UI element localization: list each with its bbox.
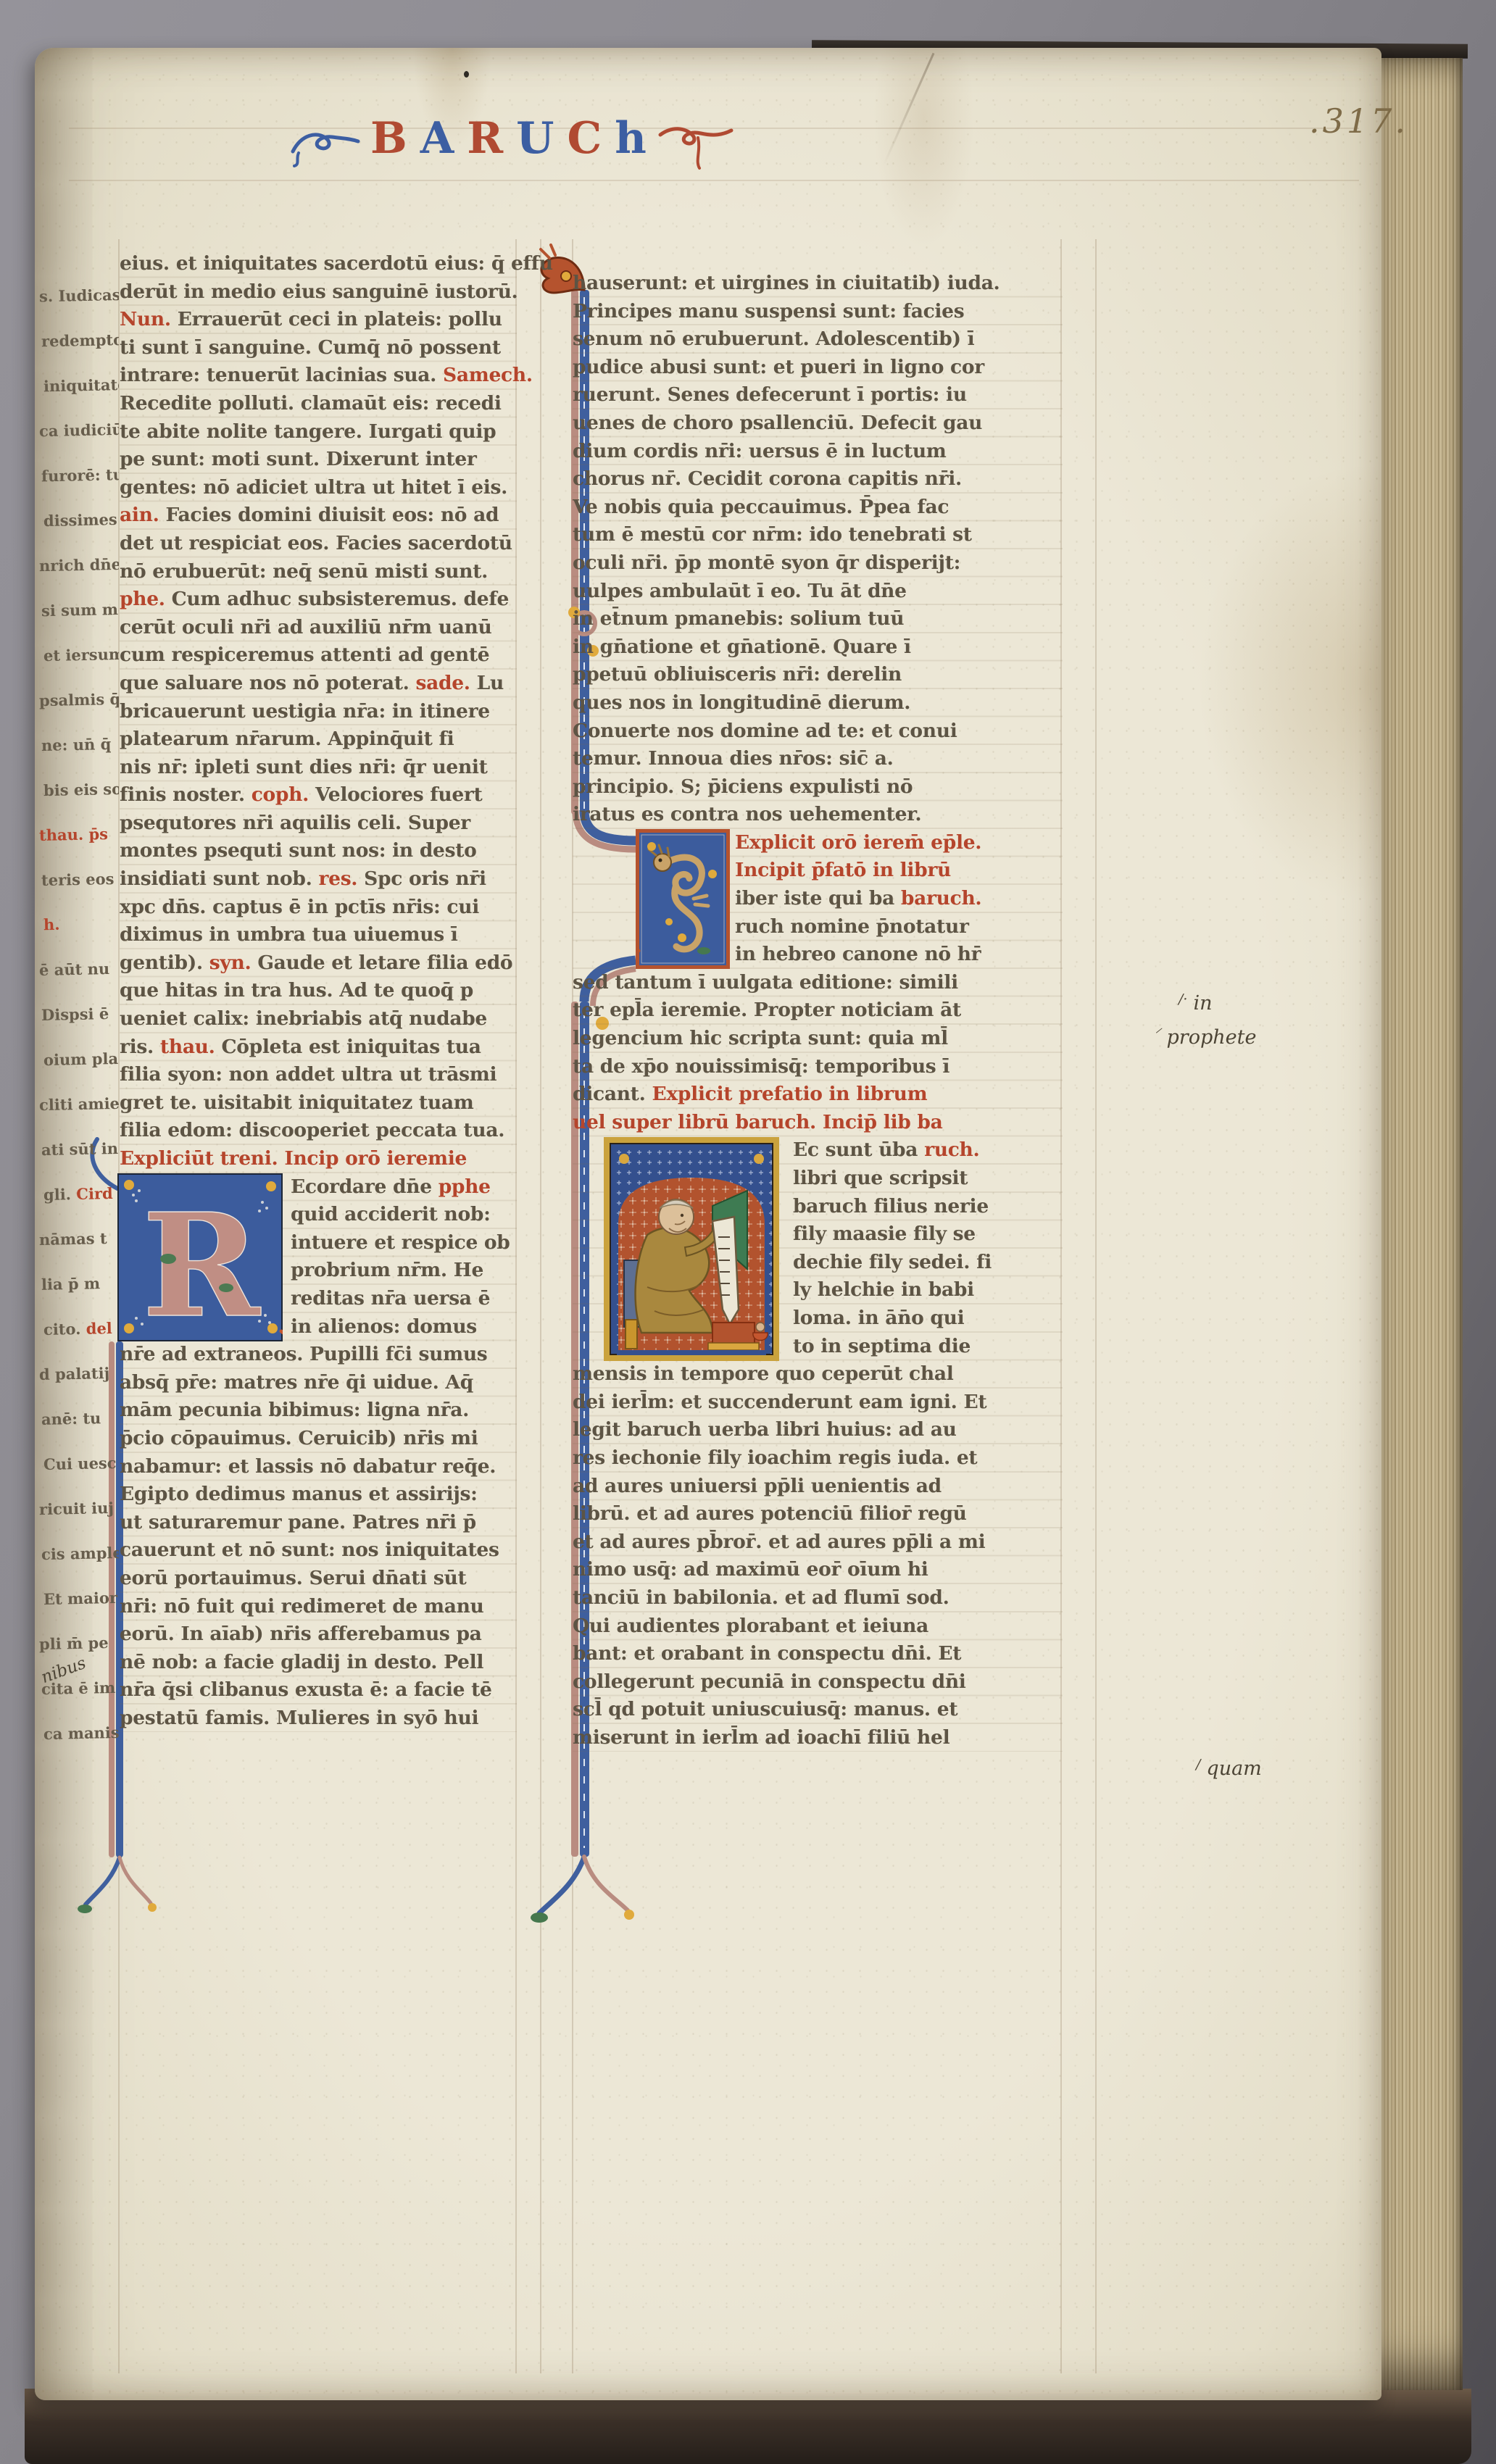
text-line: Incipit p̄fatō in librū: [735, 857, 1063, 885]
text-line: libri que scripsit: [793, 1165, 1063, 1193]
text-line: cauerunt et nō sunt: nos iniquitates: [120, 1536, 517, 1565]
text-line: et ad aures pb̄ror̄. et ad aures pp̄li a…: [573, 1528, 1063, 1557]
text-line: ueniet calix: inebriabis atq̄ nudabe: [120, 1005, 517, 1033]
text-line: tanciū in babilonia. et ad flumī sod.: [573, 1584, 1063, 1612]
gutter-fragment-line: lia p̄ m: [41, 1274, 101, 1294]
body-text: Principes manu suspensi sunt: facies: [573, 300, 964, 322]
body-text: ne: un̄ q̄: [41, 735, 112, 754]
text-line: probrium nr̄m. He: [291, 1257, 517, 1285]
body-text: collegerunt pecuniā in conspectu dn̄i: [573, 1670, 966, 1693]
text-column-right: hauserunt: et uirgines in ciuitatib) iud…: [573, 270, 1063, 1752]
rubric-text: thau. p̄s: [39, 825, 108, 844]
body-text: absq̄ pr̄e: matres nr̄e q̄i uidue. Aq̄: [120, 1371, 473, 1394]
text-line: ut saturaremur pane. Patres nr̄i p̄: [120, 1509, 517, 1537]
text-line: filia edom: discooperiet peccata tua.: [120, 1117, 517, 1145]
text-line: dechie fily sedei. fi: [793, 1249, 1063, 1277]
body-text: ricuit iuj: [39, 1499, 114, 1518]
text-line: gentib). syn. Gaude et letare filia edō: [120, 949, 517, 978]
body-text: furorē: tum: [41, 465, 119, 486]
running-title-letter: h: [608, 113, 653, 164]
rubric-text: del: [86, 1319, 112, 1338]
rubric-text: thau.: [160, 1036, 215, 1058]
gutter-text-fragments: s. Iudicastiredemptoriniquitatesca iudic…: [38, 246, 119, 1783]
rubric-text: h.: [43, 915, 60, 933]
text-line: nr̄a q̄si clibanus exusta ē: a facie tē: [120, 1676, 517, 1705]
body-text: ut saturaremur pane. Patres nr̄i p̄: [120, 1511, 476, 1533]
body-text: loma. in ān̄o qui: [793, 1307, 964, 1329]
rubric-text: Expliciūt treni. Incip orō ieremie: [120, 1147, 467, 1170]
body-text: insidiati sunt nob.: [120, 867, 318, 890]
gutter-fragment-line: si sum me: [41, 600, 119, 620]
body-text: et ad aures pb̄ror̄. et ad aures pp̄li a…: [573, 1531, 985, 1553]
body-text: cauerunt et nō sunt: nos iniquitates: [120, 1539, 499, 1561]
body-text: nē nob: a facie gladij in desto. Pell: [120, 1651, 483, 1673]
scroll-pedestal: [708, 1323, 759, 1350]
folio-number: .317.: [1309, 101, 1408, 141]
body-text: nis nr̄: ipleti sunt dies nr̄i: q̄r ueni…: [120, 756, 488, 778]
text-line: bant: et orabant in conspectu dn̄i. Et: [573, 1640, 1063, 1668]
gutter-fragment-line: furorē: tum: [41, 465, 119, 486]
gutter-fragment-line: oium pla: [43, 1049, 119, 1069]
text-line: senum nō erubuerunt. Adolescentib) ī: [573, 325, 1063, 354]
text-line: phe. Cum adhuc subsisteremus. defe: [120, 586, 517, 614]
text-line: xpc dn̄s. captus ē in pctīs nr̄is: cui: [120, 894, 517, 922]
body-text: te abite nolite tangere. Iurgati quip: [120, 420, 496, 443]
text-line: nis nr̄: ipleti sunt dies nr̄i: q̄r ueni…: [120, 754, 517, 782]
body-text: Gaude et letare filia edō: [251, 952, 512, 974]
text-line: gentes: nō adiciet ultra ut hitet ī eis.: [120, 474, 517, 502]
body-text: Lu: [470, 672, 504, 694]
body-text: psalmis q̄: [39, 690, 119, 709]
text-line: ti sunt ī sanguine. Cumq̄ nō possent: [120, 334, 517, 362]
rubric-text: phe.: [120, 588, 165, 610]
body-text: pli m̄ pe: [39, 1633, 109, 1653]
text-line: res iechonie fily ioachim regis iuda. et: [573, 1444, 1063, 1473]
body-text: d palatij: [39, 1364, 110, 1383]
text-line: eius. et iniquitates sacerdotū eius: q̄ …: [120, 250, 517, 278]
body-text: nabamur: et lassis nō dabatur req̄e.: [120, 1455, 496, 1478]
body-text: baruch filius nerie: [793, 1195, 989, 1218]
rubric-text: Samech.: [443, 364, 533, 386]
body-text: dium cordis nr̄i: uersus ē in luctum: [573, 440, 947, 462]
book-fore-edge-pages: [1381, 58, 1463, 2390]
body-text: Spc oris nr̄i: [357, 867, 486, 890]
text-line: collegerunt pecuniā in conspectu dn̄i: [573, 1668, 1063, 1697]
body-text: Et maior: [43, 1589, 117, 1608]
body-text: psequtores nr̄i aquilis celi. Super: [120, 812, 470, 834]
body-text: ca iudiciū: [39, 420, 119, 440]
body-text: que saluare nos nō poterat.: [120, 672, 416, 694]
text-column-left: eius. et iniquitates sacerdotū eius: q̄ …: [120, 250, 517, 1732]
rubric-text: coph.: [252, 783, 309, 806]
insertion-mark-icon: ⸍: [1154, 1025, 1161, 1041]
body-text: cito.: [43, 1320, 86, 1339]
header-flourish-left-icon: [288, 109, 361, 167]
initial-letter-r: R: [142, 1183, 262, 1341]
body-text: temur. Innoua dies nr̄os: sic̄ a.: [573, 747, 894, 770]
text-line: dium cordis nr̄i: uersus ē in luctum: [573, 438, 1063, 466]
text-line: ad aures uniuersi pp̄li uenientis ad: [573, 1473, 1063, 1501]
text-line: mām pecunia bibimus: ligna nr̄a.: [120, 1397, 517, 1425]
body-text: Ve nobis quia peccauimus. P̄pea fac: [573, 496, 949, 518]
body-text: uulpes ambulaūt ī eo. Tu āt dn̄e: [573, 580, 907, 602]
body-text: bricauerunt uestigia nr̄a: in itinere: [120, 700, 490, 723]
gutter-fragment-line: nrich dn̄e: [39, 555, 119, 575]
text-line: cerūt oculi nr̄i ad auxiliū nr̄m uanū: [120, 614, 517, 642]
body-text: derūt in medio eius sanguinē iustorū.: [120, 280, 518, 303]
body-text: intuere et respice ob: [291, 1231, 510, 1254]
text-line: montes psequti sunt nos: in desto: [120, 837, 517, 865]
text-line: baruch filius nerie: [793, 1193, 1063, 1221]
body-text: pudice abusi sunt: et pueri in ligno cor: [573, 356, 984, 378]
body-text: in gn̄atione et gn̄ationē. Quare ī: [573, 636, 911, 658]
body-text: diximus in umbra tua uiuemus ī: [120, 923, 458, 946]
gutter-fragment-line: cliti amie: [39, 1094, 119, 1114]
text-line: ain. Facies domini diuisit eos: nō ad: [120, 501, 517, 530]
body-text: hauserunt: et uirgines in ciuitatib) iud…: [573, 272, 1000, 294]
gutter-fragment-line: redemptor: [41, 330, 119, 351]
gutter-fragment-line: ne: un̄ q̄: [41, 735, 112, 754]
body-text: scl̄ qd potuit uniuscuiusq̄: manus. et: [573, 1698, 957, 1720]
gutter-fragment-line: ati sūt in: [41, 1139, 118, 1159]
body-text: pestatū famis. Mulieres in syō hui: [120, 1707, 478, 1729]
text-line: dei ierl̄m: et succenderunt eam igni. Et: [573, 1389, 1063, 1417]
text-line: Explicit orō ierem̄ ep̄le.: [735, 829, 1063, 857]
gutter-fragment-line: nāmas t: [39, 1229, 107, 1249]
text-line: Ec sunt ūba ruch.: [793, 1136, 1063, 1165]
text-line: que hitas in tra hus. Ad te quoq̄ p: [120, 977, 517, 1005]
body-text: oculi nr̄i. p̄p montē syon q̄r disperijt…: [573, 552, 960, 574]
text-line: uulpes ambulaūt ī eo. Tu āt dn̄e: [573, 578, 1063, 606]
header-flourish-right-icon: [656, 106, 736, 171]
gutter-fragment-line: pli m̄ pe: [39, 1633, 109, 1653]
body-text: nimo usq̄: ad maximū eor̄ oīum hi: [573, 1558, 928, 1581]
body-text: senum nō erubuerunt. Adolescentib) ī: [573, 328, 974, 350]
text-line: in alienos: domus: [291, 1313, 517, 1341]
rubric-text: Explicit orō ierem̄ ep̄le.: [735, 831, 981, 854]
gutter-fragment-line: anē: tu: [41, 1409, 101, 1428]
text-line: bricauerunt uestigia nr̄a: in itinere: [120, 698, 517, 726]
body-text: quid acciderit nob:: [291, 1203, 491, 1225]
body-text: et iersum: [43, 645, 119, 665]
text-line: hauserunt: et uirgines in ciuitatib) iud…: [573, 270, 1063, 298]
body-text: gli.: [43, 1185, 77, 1204]
text-line: uel super librū baruch. Incip̄ lib ba: [573, 1109, 1063, 1137]
body-text: legencium hic scripta sunt: quia ml̄: [573, 1027, 948, 1049]
body-text: Cōpleta est iniquitas tua: [215, 1036, 481, 1058]
text-line: loma. in ān̄o qui: [793, 1304, 1063, 1333]
body-text: nrich dn̄e: [39, 555, 119, 575]
gutter-fragment-line: ca manis: [43, 1723, 119, 1743]
insertion-mark-icon: ∕·: [1179, 991, 1187, 1007]
gutter-fragment-line: cito. del: [43, 1319, 112, 1339]
text-line: Qui audientes plorabant et ieiuna: [573, 1612, 1063, 1641]
body-text: nr̄a q̄si clibanus exusta ē: a facie tē: [120, 1678, 492, 1701]
gutter-fragment-line: thau. p̄s: [39, 825, 108, 844]
running-title-letter: C: [560, 113, 608, 164]
body-text: cis ample: [41, 1544, 119, 1563]
body-text: redemptor: [41, 330, 119, 351]
body-text: finis noster.: [120, 783, 252, 806]
body-text: oium pla: [43, 1049, 119, 1069]
gutter-fragment-line: cis ample: [41, 1544, 119, 1563]
rubric-text: uel super librū baruch. Incip̄ lib ba: [573, 1111, 943, 1133]
running-title-letter: R: [460, 113, 510, 164]
body-text: eorū. In aīab) nr̄is afferebamus pa: [120, 1623, 482, 1645]
body-text: teris eos: [41, 870, 115, 889]
rubric-text: res.: [318, 867, 357, 890]
body-text: sed tantum ī uulgata editione: simili: [573, 971, 958, 994]
text-line: nr̄e ad extraneos. Pupilli fc̄i sumus: [120, 1341, 517, 1369]
text-line: pudice abusi sunt: et pueri in ligno cor: [573, 354, 1063, 382]
margin-note-in: ∕·in: [1179, 991, 1212, 1015]
body-text: in et̄num pmanebis: solium tuū: [573, 607, 904, 630]
body-text: eius. et iniquitates sacerdotū eius: q̄ …: [120, 252, 553, 275]
gutter-fragment-line: gli. Cird: [43, 1184, 113, 1204]
running-title-letter: B: [364, 113, 414, 164]
body-text: ueniet calix: inebriabis atq̄ nudabe: [120, 1007, 487, 1030]
rubric-text: ruch.: [924, 1139, 979, 1161]
text-line: derūt in medio eius sanguinē iustorū.: [120, 278, 517, 307]
text-line: in hebreo canone nō hr̄: [735, 941, 1063, 969]
gutter-fragment-line: Cui uesc: [43, 1454, 117, 1473]
baruch-miniature: [604, 1137, 779, 1361]
text-line: gret te. uisitabit iniquitatez tuam: [120, 1089, 517, 1117]
body-text: ti sunt ī sanguine. Cumq̄ nō possent: [120, 336, 501, 359]
body-text: ca manis: [43, 1723, 119, 1743]
text-line: intuere et respice ob: [291, 1229, 517, 1257]
gutter-fragment-line: et iersum: [43, 645, 119, 665]
ruling-line-horizontal: [69, 180, 1359, 181]
body-text: que hitas in tra hus. Ad te quoq̄ p: [120, 979, 473, 1002]
text-line: ris. thau. Cōpleta est iniquitas tua: [120, 1033, 517, 1062]
initial-l-panel: [636, 829, 730, 969]
body-text: chorus nr̄. Cecidit corona capitis nr̄i.: [573, 467, 962, 490]
running-title-letter: A: [414, 113, 461, 164]
body-text: Conuerte nos domine ad te: et conui: [573, 720, 957, 742]
margin-note-quam: ∕quam: [1196, 1757, 1262, 1780]
body-text: iniquitates: [43, 375, 119, 396]
text-line: legencium hic scripta sunt: quia ml̄: [573, 1025, 1063, 1053]
gutter-fragment-line: psalmis q̄: [39, 690, 119, 709]
running-title-letters: BARUCh: [364, 107, 653, 170]
gutter-fragment-line: teris eos: [41, 870, 115, 889]
text-line: reditas nr̄a uersa ē: [291, 1285, 517, 1313]
body-text: reditas nr̄a uersa ē: [291, 1287, 490, 1310]
body-text: nr̄i: nō fuit qui redimeret de manu: [120, 1595, 484, 1618]
text-line: Recedite polluti. clamaūt eis: recedi: [120, 390, 517, 418]
text-line: absq̄ pr̄e: matres nr̄e q̄i uidue. Aq̄: [120, 1369, 517, 1397]
body-text: ē aūt nu: [39, 960, 110, 979]
rubric-text: Incipit p̄fatō in librū: [735, 859, 951, 881]
body-text: anē: tu: [41, 1409, 101, 1428]
text-line: ppetuū obliuisceris nr̄i: derelin: [573, 661, 1063, 689]
body-text: det ut respiciat eos. Facies sacerdotū: [120, 532, 512, 554]
rubric-text: syn.: [209, 952, 252, 974]
margin-note-prophete: ⸍prophete: [1154, 1023, 1256, 1049]
body-text: nāmas t: [39, 1229, 107, 1249]
text-line: mensis in tempore quo ceperūt chal: [573, 1360, 1063, 1389]
body-text: dicant.: [573, 1083, 652, 1105]
text-line: Egipto dedimus manus et assirijs:: [120, 1481, 517, 1509]
body-text: Cum adhuc subsisteremus. defe: [165, 588, 509, 610]
body-text: s. Iudicasti: [39, 286, 119, 306]
text-line: ter epl̄a ieremie. Propter noticiam āt: [573, 996, 1063, 1025]
body-text: ques nos in longitudinē dierum.: [573, 691, 910, 714]
text-line: intrare: tenuerūt lacinias sua. Samech.: [120, 362, 517, 390]
text-line: quid acciderit nob:: [291, 1201, 517, 1229]
initial-r-panel: R: [117, 1173, 283, 1341]
text-line: iber iste qui ba baruch.: [735, 885, 1063, 913]
body-text: ad aures uniuersi pp̄li uenientis ad: [573, 1475, 942, 1497]
body-text: xpc dn̄s. captus ē in pctīs nr̄is: cui: [120, 896, 479, 918]
gutter-fragment-line: ē aūt nu: [39, 960, 110, 979]
body-text: ris.: [120, 1036, 160, 1058]
body-text: intrare: tenuerūt lacinias sua.: [120, 364, 443, 386]
text-line: in gn̄atione et gn̄ationē. Quare ī: [573, 633, 1063, 662]
body-text: res iechonie fily ioachim regis iuda. et: [573, 1447, 977, 1469]
text-line: det ut respiciat eos. Facies sacerdotū: [120, 530, 517, 558]
body-text: Egipto dedimus manus et assirijs:: [120, 1483, 478, 1505]
insertion-mark-icon: ∕: [1196, 1757, 1200, 1773]
body-text: cliti amie: [39, 1094, 119, 1114]
body-text: Facies domini diuisit eos: nō ad: [159, 504, 499, 526]
ink-speck: [464, 71, 469, 78]
body-text: gentib).: [120, 952, 209, 974]
text-line: Conuerte nos domine ad te: et conui: [573, 717, 1063, 746]
body-text: nō erubuerūt: neq̄ senū misti sunt.: [120, 560, 488, 583]
body-text: ppetuū obliuisceris nr̄i: derelin: [573, 663, 902, 686]
body-text: probrium nr̄m. He: [291, 1259, 483, 1281]
rubric-text: sade.: [416, 672, 470, 694]
text-line: librū. et ad aures potenciū filior̄ regū: [573, 1500, 1063, 1528]
body-text: pe sunt: moti sunt. Dixerunt inter: [120, 448, 477, 470]
body-text: cerūt oculi nr̄i ad auxiliū nr̄m uanū: [120, 616, 491, 638]
body-text: dei ierl̄m: et succenderunt eam igni. Et: [573, 1391, 986, 1413]
text-line: Expliciūt treni. Incip orō ieremie: [120, 1145, 517, 1173]
text-line: tum ē mestū cor nr̄m: ido tenebrati st: [573, 521, 1063, 549]
gutter-fragment-line: h.: [43, 915, 60, 933]
body-text: ati sūt in: [41, 1139, 118, 1159]
body-text: gret te. uisitabit iniquitatez tuam: [120, 1091, 473, 1114]
text-line: chorus nr̄. Cecidit corona capitis nr̄i.: [573, 465, 1063, 494]
text-line: eorū. In aīab) nr̄is afferebamus pa: [120, 1620, 517, 1649]
gutter-fragment-line: Dispsi ē: [41, 1004, 109, 1024]
text-line: psequtores nr̄i aquilis celi. Super: [120, 809, 517, 838]
text-line: miserunt in ierl̄m ad ioachī filiū hel: [573, 1724, 1063, 1752]
text-line: que saluare nos nō poterat. sade. Lu: [120, 670, 517, 698]
text-line: ta de xp̄o nouissimisq̄: temporibus ī: [573, 1053, 1063, 1081]
body-text: bant: et orabant in conspectu dn̄i. Et: [573, 1642, 961, 1665]
photograph-backdrop: { "header": { "letters": [ {"ch":"B","c"…: [0, 0, 1496, 2464]
text-line: fily maasie fily se: [793, 1220, 1063, 1249]
body-text: mām pecunia bibimus: ligna nr̄a.: [120, 1399, 469, 1421]
text-line: ly helchie in babi: [793, 1276, 1063, 1304]
text-line: sed tantum ī uulgata editione: simili: [573, 969, 1063, 997]
rubric-text: baruch.: [901, 887, 981, 910]
text-line: principio. S; p̄iciens expulisti nō: [573, 773, 1063, 802]
body-text: miserunt in ierl̄m ad ioachī filiū hel: [573, 1726, 949, 1749]
body-text: iratus es contra nos uehementer.: [573, 803, 921, 825]
body-text: uenes de choro psallenciū. Defecit gau: [573, 412, 982, 434]
rubric-text: Explicit prefatio in librum: [652, 1083, 927, 1105]
body-text: Cui uesc: [43, 1454, 117, 1473]
text-line: pe sunt: moti sunt. Dixerunt inter: [120, 446, 517, 474]
text-line: ques nos in longitudinē dierum.: [573, 689, 1063, 717]
gutter-fragment-line: d palatij: [39, 1364, 110, 1383]
body-text: librū. et ad aures potenciū filior̄ regū: [573, 1502, 967, 1525]
ruling-line-vertical: [1095, 239, 1097, 2373]
body-text: in hebreo canone nō hr̄: [735, 943, 981, 965]
body-text: ly helchie in babi: [793, 1278, 974, 1301]
body-text: principio. S; p̄iciens expulisti nō: [573, 775, 913, 798]
body-text: Errauerūt ceci in plateis: pollu: [171, 308, 502, 330]
text-line: eorū portauimus. Serui dn̄ati sūt: [120, 1565, 517, 1593]
ruling-line-vertical: [540, 239, 541, 2373]
rubric-text: pphe: [439, 1175, 491, 1198]
text-line: scl̄ qd potuit uniuscuiusq̄: manus. et: [573, 1696, 1063, 1724]
body-text: montes psequti sunt nos: in desto: [120, 839, 477, 862]
body-text: in alienos: domus: [291, 1315, 477, 1338]
body-text: dissimes: [43, 510, 117, 530]
text-line: nō erubuerūt: neq̄ senū misti sunt.: [120, 558, 517, 586]
gutter-fragment-line: ricuit iuj: [39, 1499, 114, 1518]
body-text: gentes: nō adiciet ultra ut hitet ī eis.: [120, 476, 507, 499]
text-line: finis noster. coph. Velociores fuert: [120, 781, 517, 809]
text-line: to in septima die: [793, 1333, 1063, 1361]
text-line: platearum nr̄arum. Appinq̄uit fi: [120, 725, 517, 754]
body-text: iber iste qui ba: [735, 887, 901, 910]
body-text: ruerunt. Senes defecerunt ī portis: iu: [573, 383, 967, 406]
body-text: eorū portauimus. Serui dn̄ati sūt: [120, 1567, 466, 1589]
body-text: Velociores fuert: [309, 783, 482, 806]
text-line: dicant. Explicit prefatio in librum: [573, 1081, 1063, 1109]
text-line: Principes manu suspensi sunt: facies: [573, 298, 1063, 326]
body-text: Recedite polluti. clamaūt eis: recedi: [120, 392, 502, 415]
body-text: ta de xp̄o nouissimisq̄: temporibus ī: [573, 1055, 949, 1078]
text-line: ruerunt. Senes defecerunt ī portis: iu: [573, 381, 1063, 409]
running-title: BARUCh: [288, 106, 736, 171]
text-line: pestatū famis. Mulieres in syō hui: [120, 1705, 517, 1733]
gutter-fragment-line: s. Iudicasti: [39, 286, 119, 306]
body-text: tum ē mestū cor nr̄m: ido tenebrati st: [573, 523, 972, 546]
body-text: filia edom: discooperiet peccata tua.: [120, 1119, 504, 1141]
text-line: nimo usq̄: ad maximū eor̄ oīum hi: [573, 1556, 1063, 1584]
text-line: ruch nomine p̄notatur: [735, 913, 1063, 941]
body-text: ter epl̄a ieremie. Propter noticiam āt: [573, 999, 961, 1021]
text-line: temur. Innoua dies nr̄os: sic̄ a.: [573, 745, 1063, 773]
text-line: nr̄i: nō fuit qui redimeret de manu: [120, 1593, 517, 1621]
text-line: diximus in umbra tua uiuemus ī: [120, 921, 517, 949]
running-title-letter: U: [510, 113, 560, 164]
gutter-fragment-line: iniquitates: [43, 375, 119, 396]
body-text: cum respiceremus attenti ad gentē: [120, 644, 489, 666]
body-text: nr̄e ad extraneos. Pupilli fc̄i sumus: [120, 1343, 487, 1365]
body-text: Qui audientes plorabant et ieiuna: [573, 1615, 928, 1637]
body-text: p̄cio cōpauimus. Ceruicib) nr̄is mi: [120, 1427, 478, 1449]
text-line: iratus es contra nos uehementer.: [573, 801, 1063, 829]
text-line: nē nob: a facie gladij in desto. Pell: [120, 1649, 517, 1677]
text-line: filia syon: non addet ultra ut trāsmi: [120, 1061, 517, 1089]
rubric-text: ain.: [120, 504, 159, 526]
rubric-text: Cird: [76, 1184, 113, 1203]
body-text: ruch nomine p̄notatur: [735, 915, 969, 938]
body-text: si sum me: [41, 600, 119, 620]
gutter-fragment-line: Et maior: [43, 1589, 117, 1608]
body-text: lia p̄ m: [41, 1274, 101, 1294]
body-text: fily maasie fily se: [793, 1223, 976, 1245]
body-text: Dispsi ē: [41, 1004, 109, 1024]
